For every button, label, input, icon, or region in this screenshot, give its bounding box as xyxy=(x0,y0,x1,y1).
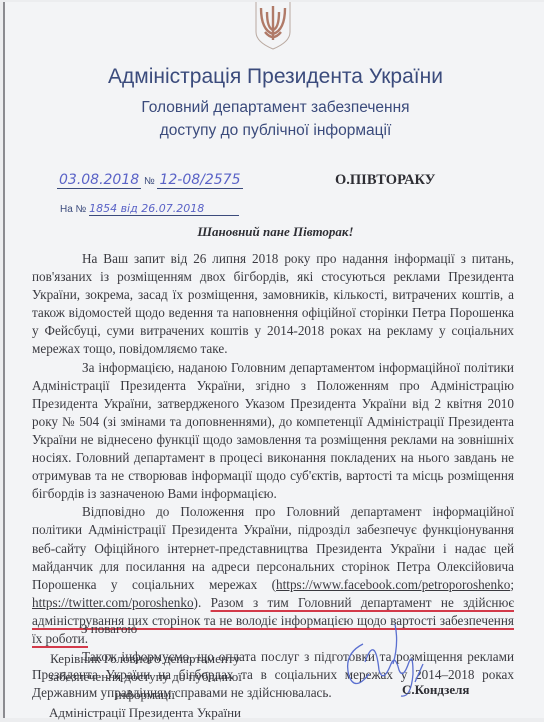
outgoing-number: 12-08/2575 xyxy=(157,172,242,189)
letter-page: Адміністрація Президента України Головни… xyxy=(3,2,544,718)
trident-emblem-icon xyxy=(251,2,295,50)
signer-title-line-3: Адміністрації Президента України xyxy=(30,704,260,722)
outgoing-registration: 03.08.2018 № 12-08/2575 xyxy=(57,172,243,189)
reply-to-date: 26.07.2018 xyxy=(141,202,204,215)
paragraph-3-mid: ). xyxy=(194,595,211,610)
department-line-2: доступу до публічної інформації xyxy=(5,122,544,140)
link-separator: ; xyxy=(510,577,514,592)
signer-name: С.Кондзеля xyxy=(402,682,469,698)
facebook-link[interactable]: https://www.facebook.com/petroporoshenko xyxy=(276,577,510,592)
paragraph-1: На Ваш запит від 26 липня 2018 року про … xyxy=(32,250,514,359)
reply-to-label: На № xyxy=(60,204,86,215)
twitter-link[interactable]: https://twitter.com/poroshenko xyxy=(32,595,194,610)
salutation: Шановний пане Півторак! xyxy=(5,224,544,240)
department-line-1: Головний департамент забезпечення xyxy=(5,99,544,117)
reply-to-value: 1854 від 26.07.2018 xyxy=(89,202,239,216)
reply-to-number: 1854 xyxy=(89,202,117,215)
organization-title: Адміністрація Президента України xyxy=(5,65,544,89)
closing: З повагою xyxy=(81,621,137,637)
recipient: О.ПІВТОРАКУ xyxy=(335,172,435,189)
number-label: № xyxy=(144,176,155,187)
incoming-reference: На № 1854 від 26.07.2018 xyxy=(60,202,239,216)
reply-to-connector: від xyxy=(121,202,138,215)
signer-title-line-2: забезпечення доступу до публічної інформ… xyxy=(30,668,260,704)
paragraph-2: За інформацією, наданою Головним департа… xyxy=(32,359,514,504)
signer-title-line-1: Керівник Головного департаменту xyxy=(30,650,260,668)
signer-title: Керівник Головного департаменту забезпеч… xyxy=(30,650,260,722)
outgoing-date: 03.08.2018 xyxy=(57,172,141,189)
